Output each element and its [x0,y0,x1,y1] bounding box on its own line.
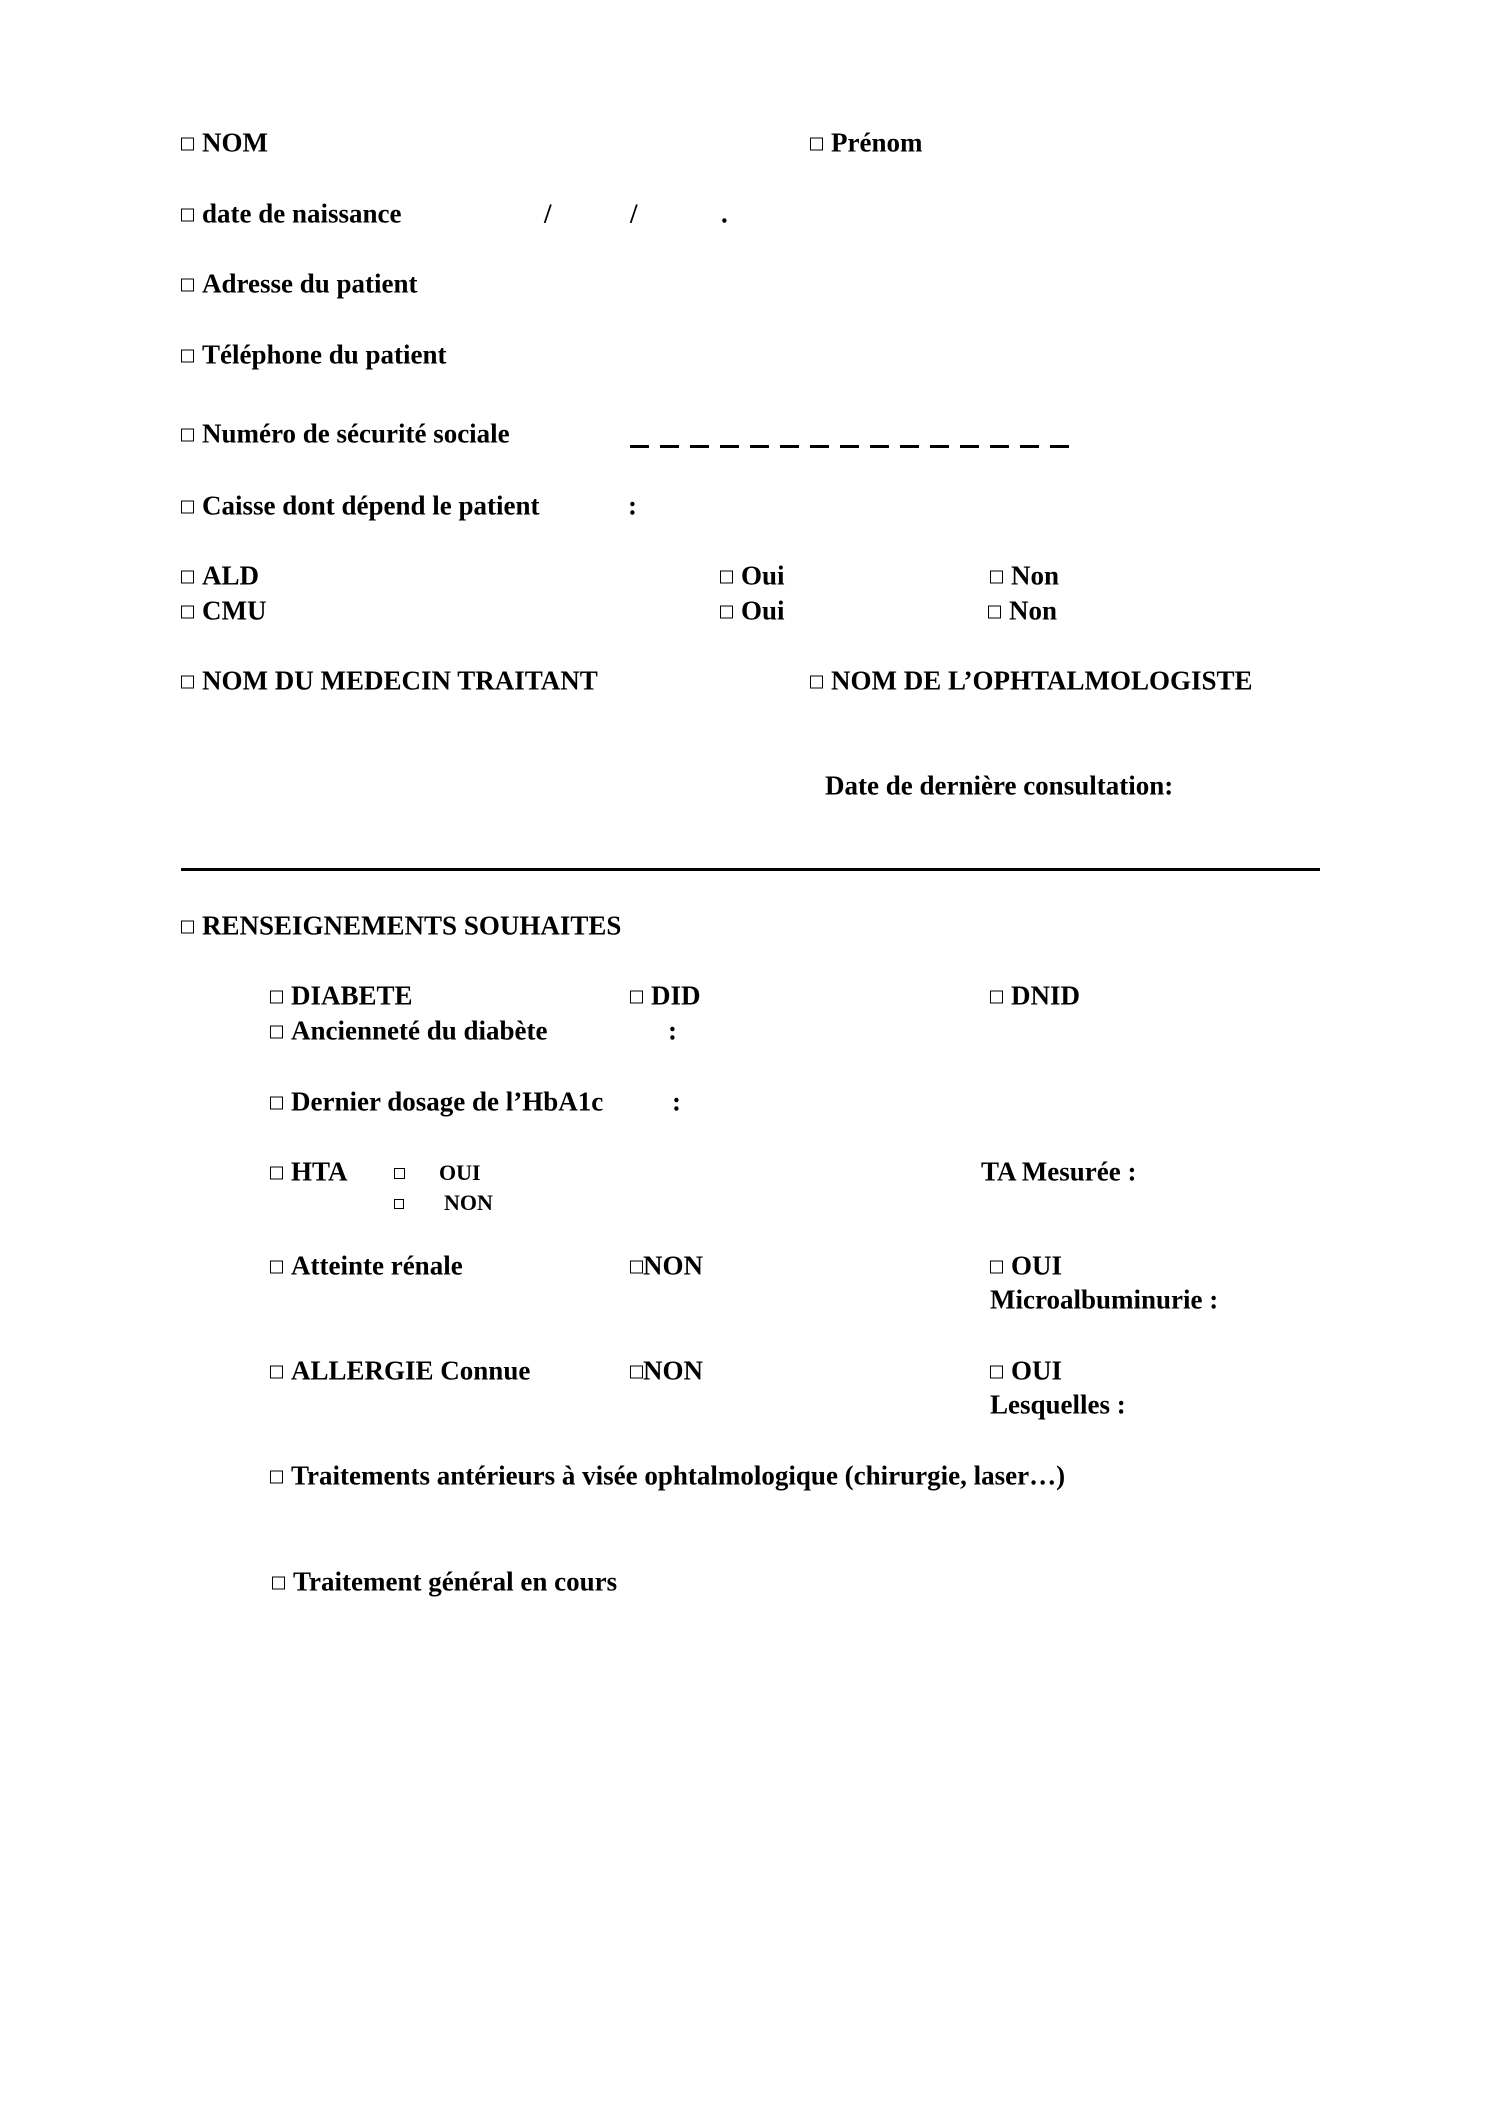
nss-digit-blank [720,445,739,448]
renseignements-heading[interactable]: RENSEIGNEMENTS SOUHAITES [181,913,621,940]
diabete-label: DIABETE [291,981,413,1011]
atteinte-renale-field[interactable]: Atteinte rénale [270,1253,463,1280]
checkbox-icon[interactable] [810,676,823,689]
ald-non-option[interactable]: Non [990,563,1059,590]
date-separator: / [630,201,638,228]
hba1c-field[interactable]: Dernier dosage de l’HbA1c [270,1089,603,1116]
checkbox-icon[interactable] [270,991,283,1004]
microalbuminurie-label: Microalbuminurie : [990,1287,1218,1314]
nss-digit-blank [840,445,859,448]
telephone-label: Téléphone du patient [202,340,447,370]
telephone-field[interactable]: Téléphone du patient [181,342,447,369]
renale-oui-label: OUI [1011,1251,1062,1281]
nom-label: NOM [202,128,268,158]
medecin-label: NOM DU MEDECIN TRAITANT [202,666,598,696]
checkbox-icon[interactable] [270,1167,283,1180]
cmu-oui-option[interactable]: Oui [720,598,785,625]
ald-label: ALD [202,561,259,591]
checkbox-icon[interactable] [181,606,194,619]
dnid-label: DNID [1011,981,1080,1011]
date-naissance-field[interactable]: date de naissance [181,201,402,228]
checkbox-icon[interactable] [181,501,194,514]
section-divider [181,868,1320,871]
cmu-label: CMU [202,596,266,626]
lesquelles-label: Lesquelles : [990,1392,1126,1419]
oui-label: Oui [741,561,785,591]
checkbox-icon[interactable] [270,1026,283,1039]
checkbox-icon[interactable] [181,138,194,151]
nss-digit-blank [630,445,649,448]
cmu-non-option[interactable]: Non [988,598,1057,625]
nss-digit-blank [690,445,709,448]
renale-non-option[interactable]: NON [630,1253,703,1280]
checkbox-icon[interactable] [270,1366,283,1379]
checkbox-icon[interactable] [272,1577,285,1590]
nss-digit-blank [810,445,829,448]
adresse-field[interactable]: Adresse du patient [181,271,418,298]
checkbox-icon[interactable] [990,991,1003,1004]
ophtalmo-field[interactable]: NOM DE L’OPHTALMOLOGISTE [810,668,1253,695]
checkbox-icon[interactable] [630,1366,643,1379]
allergie-label: ALLERGIE Connue [291,1356,530,1386]
nss-digit-blank [1050,445,1069,448]
nss-digit-blank [960,445,979,448]
nss-digit-blank [900,445,919,448]
checkbox-icon[interactable] [720,571,733,584]
checkbox-icon[interactable] [630,1261,643,1274]
checkbox-icon[interactable] [270,1471,283,1484]
nss-label: Numéro de sécurité sociale [202,419,510,449]
checkbox-icon[interactable] [810,138,823,151]
hta-non-option[interactable]: NON [394,1192,493,1214]
caisse-field[interactable]: Caisse dont dépend le patient [181,493,540,520]
did-label: DID [651,981,701,1011]
allergie-oui-option[interactable]: OUI [990,1358,1062,1385]
anciennete-label: Ancienneté du diabète [291,1016,548,1046]
checkbox-icon[interactable] [181,279,194,292]
checkbox-icon[interactable] [181,921,194,934]
ald-oui-option[interactable]: Oui [720,563,785,590]
caisse-colon: : [628,493,637,520]
nss-digit-blank [990,445,1009,448]
hta-field[interactable]: HTA [270,1159,348,1186]
non-label: Non [1011,561,1059,591]
anciennete-field[interactable]: Ancienneté du diabète [270,1018,548,1045]
nss-digit-blank [1020,445,1039,448]
hta-oui-option[interactable]: OUI [394,1162,481,1184]
checkbox-icon[interactable] [990,571,1003,584]
checkbox-icon[interactable] [394,1199,404,1209]
traitement-general-field[interactable]: Traitement général en cours [272,1569,617,1596]
allergie-non-label: NON [643,1356,703,1386]
did-option[interactable]: DID [630,983,701,1010]
non-label: Non [1009,596,1057,626]
nss-digit-blank [780,445,799,448]
hba1c-label: Dernier dosage de l’HbA1c [291,1087,603,1117]
checkbox-icon[interactable] [990,1261,1003,1274]
checkbox-icon[interactable] [181,676,194,689]
allergie-field[interactable]: ALLERGIE Connue [270,1358,530,1385]
caisse-label: Caisse dont dépend le patient [202,491,540,521]
oui-label: Oui [741,596,785,626]
checkbox-icon[interactable] [181,571,194,584]
diabete-field[interactable]: DIABETE [270,983,413,1010]
nss-input-blanks[interactable] [630,445,1069,448]
renale-oui-option[interactable]: OUI [990,1253,1062,1280]
ald-field[interactable]: ALD [181,563,259,590]
traitements-anterieurs-field[interactable]: Traitements antérieurs à visée ophtalmol… [270,1463,1065,1490]
date-end-dot: . [721,201,728,228]
hta-non-label: NON [444,1190,493,1215]
hba1c-colon: : [672,1089,681,1116]
cmu-field[interactable]: CMU [181,598,266,625]
prenom-label: Prénom [831,128,922,158]
date-naissance-label: date de naissance [202,199,402,229]
allergie-non-option[interactable]: NON [630,1358,703,1385]
renale-non-label: NON [643,1251,703,1281]
nom-field[interactable]: NOM [181,130,268,157]
checkbox-icon[interactable] [988,606,1001,619]
atteinte-renale-label: Atteinte rénale [291,1251,463,1281]
hta-oui-label: OUI [439,1160,481,1185]
checkbox-icon[interactable] [181,209,194,222]
checkbox-icon[interactable] [270,1261,283,1274]
checkbox-icon[interactable] [630,991,643,1004]
nss-digit-blank [870,445,889,448]
medecin-field[interactable]: NOM DU MEDECIN TRAITANT [181,668,598,695]
nss-field[interactable]: Numéro de sécurité sociale [181,421,510,448]
anciennete-colon: : [668,1018,677,1045]
hta-label: HTA [291,1157,348,1187]
ta-mesuree-label: TA Mesurée : [981,1159,1136,1186]
nss-digit-blank [750,445,769,448]
checkbox-icon[interactable] [394,1168,405,1179]
traitements-anterieurs-label: Traitements antérieurs à visée ophtalmol… [291,1461,1065,1491]
date-separator: / [544,201,552,228]
nss-digit-blank [660,445,679,448]
dnid-option[interactable]: DNID [990,983,1080,1010]
checkbox-icon[interactable] [270,1097,283,1110]
derniere-consultation-label: Date de dernière consultation: [825,773,1173,800]
checkbox-icon[interactable] [181,350,194,363]
ophtalmo-label: NOM DE L’OPHTALMOLOGISTE [831,666,1253,696]
renseignements-title: RENSEIGNEMENTS SOUHAITES [202,911,621,941]
prenom-field[interactable]: Prénom [810,130,922,157]
checkbox-icon[interactable] [720,606,733,619]
adresse-label: Adresse du patient [202,269,418,299]
traitement-general-label: Traitement général en cours [293,1567,617,1597]
checkbox-icon[interactable] [990,1366,1003,1379]
nss-digit-blank [930,445,949,448]
checkbox-icon[interactable] [181,429,194,442]
allergie-oui-label: OUI [1011,1356,1062,1386]
